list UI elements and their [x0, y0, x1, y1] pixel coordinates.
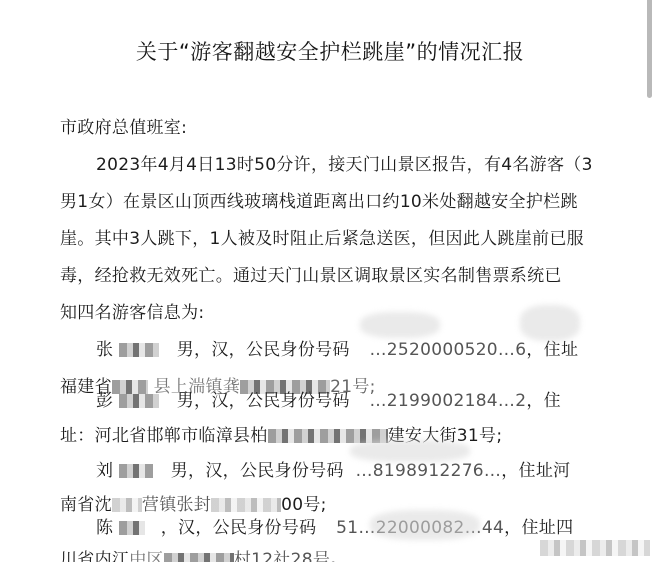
- person-surname: 张: [96, 340, 113, 360]
- person-surname: 陈: [96, 518, 113, 538]
- watermark-smear: [370, 510, 480, 540]
- person-details: 男，汉，公民身份号码: [171, 461, 344, 481]
- addressee: 市政府总值班室:: [60, 113, 187, 138]
- watermark-smear: [350, 440, 470, 462]
- address-text: 村12社28号。: [234, 550, 348, 562]
- person-details: 男，汉，公民身份号码: [177, 340, 350, 360]
- document-title: 关于“游客翻越安全护栏跳崖”的情况汇报: [0, 36, 660, 66]
- redaction-mosaic: [112, 498, 142, 512]
- redaction-mosaic: [211, 498, 281, 512]
- address-text: 南省沈: [60, 495, 112, 515]
- address-text: 00号;: [281, 495, 327, 515]
- paragraph-line: 知四名游客信息为:: [60, 298, 204, 323]
- address-label: ，住: [526, 391, 561, 411]
- watermark-mosaic: [540, 540, 650, 556]
- person-entry-line: 刘 男，汉，公民身份号码 …8198912276…，住址河: [96, 456, 570, 481]
- person-surname: 彭: [96, 391, 113, 411]
- id-number-redacted: …8198912276…: [355, 461, 501, 481]
- person-address-line: 川省内江中区村12社28号。: [60, 545, 347, 562]
- person-address-line: 南省沈营镇张封00号;: [60, 490, 327, 515]
- person-entry-line: 陈 ，汉，公民身份号码 51…22000082…44，住址四: [96, 513, 573, 538]
- person-details: ，汉，公民身份号码: [161, 518, 317, 538]
- address-text: 中区: [129, 550, 164, 562]
- address-label: ，住址河: [501, 461, 570, 481]
- person-surname: 刘: [96, 461, 113, 481]
- redaction-mosaic: [119, 464, 153, 478]
- redaction-mosaic: [119, 394, 159, 408]
- watermark-smear: [520, 305, 580, 341]
- paragraph-line: 男1女）在景区山顶西线玻璃栈道距离出口约10米处翻越安全护栏跳: [60, 187, 578, 212]
- id-number-redacted: …2199002184…2: [369, 391, 526, 411]
- address-text: 址：河北省邯郸市临漳县柏: [60, 426, 268, 446]
- redaction-mosaic: [119, 343, 159, 357]
- address-label: ，住址四: [504, 518, 573, 538]
- person-entry-line: 张 男，汉，公民身份号码 …2520000520…6，住址: [96, 335, 578, 360]
- address-text: 川省内江: [60, 550, 129, 562]
- redaction-mosaic: [119, 521, 145, 535]
- address-text: 营镇张封: [142, 495, 211, 515]
- person-entry-line: 彭 男，汉，公民身份号码 …2199002184…2，住: [96, 386, 561, 411]
- paragraph-line: 2023年4月4日13时50分许，接天门山景区报告，有4名游客（3: [96, 150, 593, 175]
- document-page: 关于“游客翻越安全护栏跳崖”的情况汇报 市政府总值班室: 2023年4月4日13…: [0, 0, 660, 562]
- paragraph-line: 毒，经抢救无效死亡。通过天门山景区调取景区实名制售票系统已: [60, 261, 562, 286]
- paragraph-line: 崖。其中3人跳下，1人被及时阻止后紧急送医，但因此人跳崖前已服: [60, 224, 584, 249]
- person-details: 男，汉，公民身份号码: [177, 391, 350, 411]
- redaction-mosaic: [164, 553, 234, 562]
- address-label: ，住址: [526, 340, 578, 360]
- id-number-redacted: …2520000520…6: [369, 340, 526, 360]
- watermark-smear: [360, 312, 440, 338]
